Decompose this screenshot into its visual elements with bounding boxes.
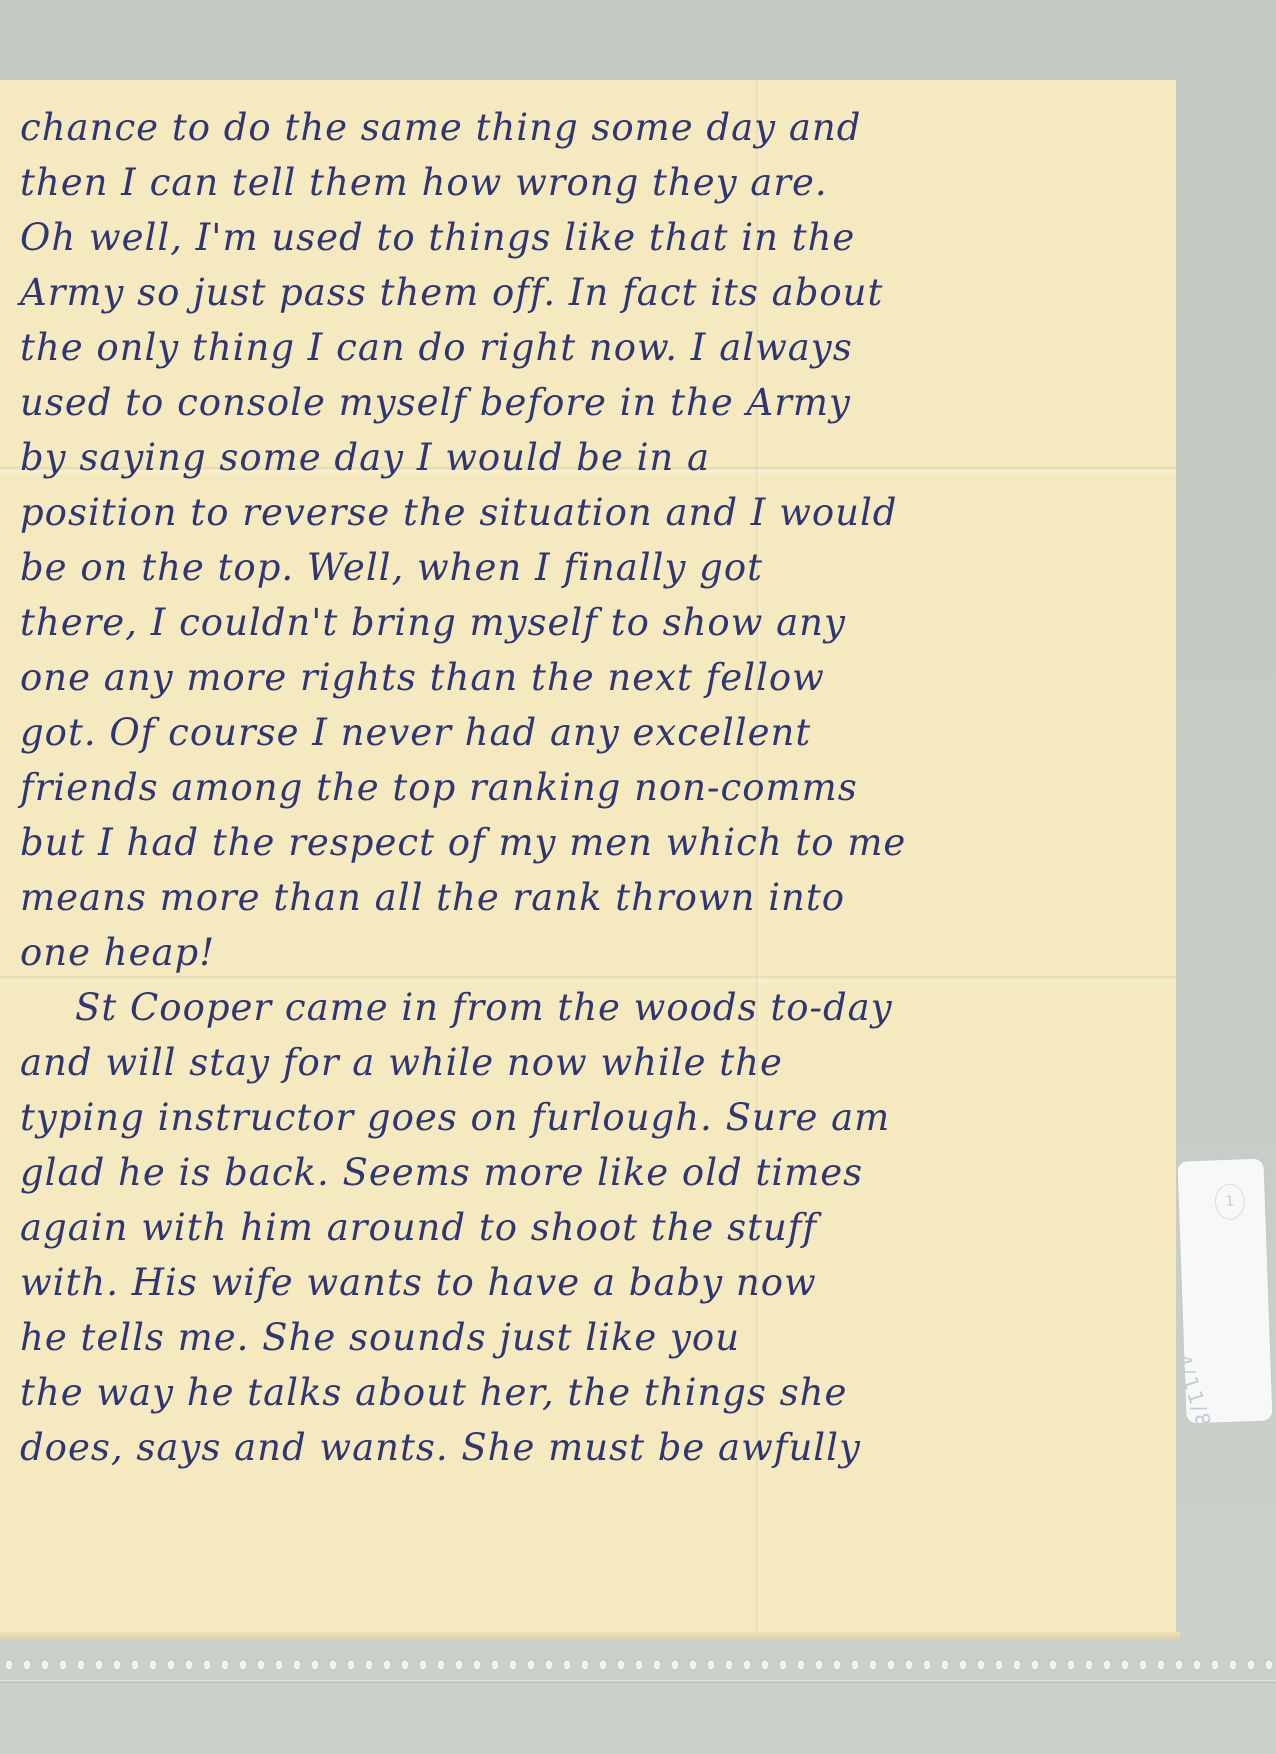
letter-line: then I can tell them how wrong they are. [20, 155, 1140, 210]
letter-line: Army so just pass them off. In fact its … [20, 265, 1140, 320]
letter-line: friends among the top ranking non-comms [20, 760, 1140, 815]
letter-line: got. Of course I never had any excellent [20, 705, 1140, 760]
letter-line: used to console myself before in the Arm… [20, 375, 1140, 430]
letter-line: by saying some day I would be in a [20, 430, 1140, 485]
sleeve-perforation [0, 1655, 1276, 1675]
letter-line: typing instructor goes on furlough. Sure… [20, 1090, 1140, 1145]
letter-line: one any more rights than the next fellow [20, 650, 1140, 705]
letter-line: with. His wife wants to have a baby now [20, 1255, 1140, 1310]
letter-line-paragraph-start: St Cooper came in from the woods to-day [20, 980, 1140, 1035]
letter-line: chance to do the same thing some day and [20, 100, 1140, 155]
letter-line: does, says and wants. She must be awfull… [20, 1420, 1140, 1475]
letter-line: the way he talks about her, the things s… [20, 1365, 1140, 1420]
letter-line: Oh well, I'm used to things like that in… [20, 210, 1140, 265]
letter-line: means more than all the rank thrown into [20, 870, 1140, 925]
archive-label-tag: 1 4/11/8 [1177, 1159, 1272, 1424]
letter-line: the only thing I can do right now. I alw… [20, 320, 1140, 375]
letter-body: chance to do the same thing some day and… [20, 100, 1140, 1475]
letter-line: and will stay for a while now while the [20, 1035, 1140, 1090]
letter-line: one heap! [20, 925, 1140, 980]
letter-line: again with him around to shoot the stuff [20, 1200, 1140, 1255]
letter-line: but I had the respect of my men which to… [20, 815, 1140, 870]
paper-bottom-edge [0, 1632, 1180, 1640]
letter-line: he tells me. She sounds just like you [20, 1310, 1140, 1365]
letter-line: position to reverse the situation and I … [20, 485, 1140, 540]
tag-circled-number: 1 [1214, 1183, 1245, 1220]
letter-line: glad he is back. Seems more like old tim… [20, 1145, 1140, 1200]
letter-line: there, I couldn't bring myself to show a… [20, 595, 1140, 650]
sleeve-seam [0, 1680, 1276, 1683]
letter-line: be on the top. Well, when I finally got [20, 540, 1140, 595]
